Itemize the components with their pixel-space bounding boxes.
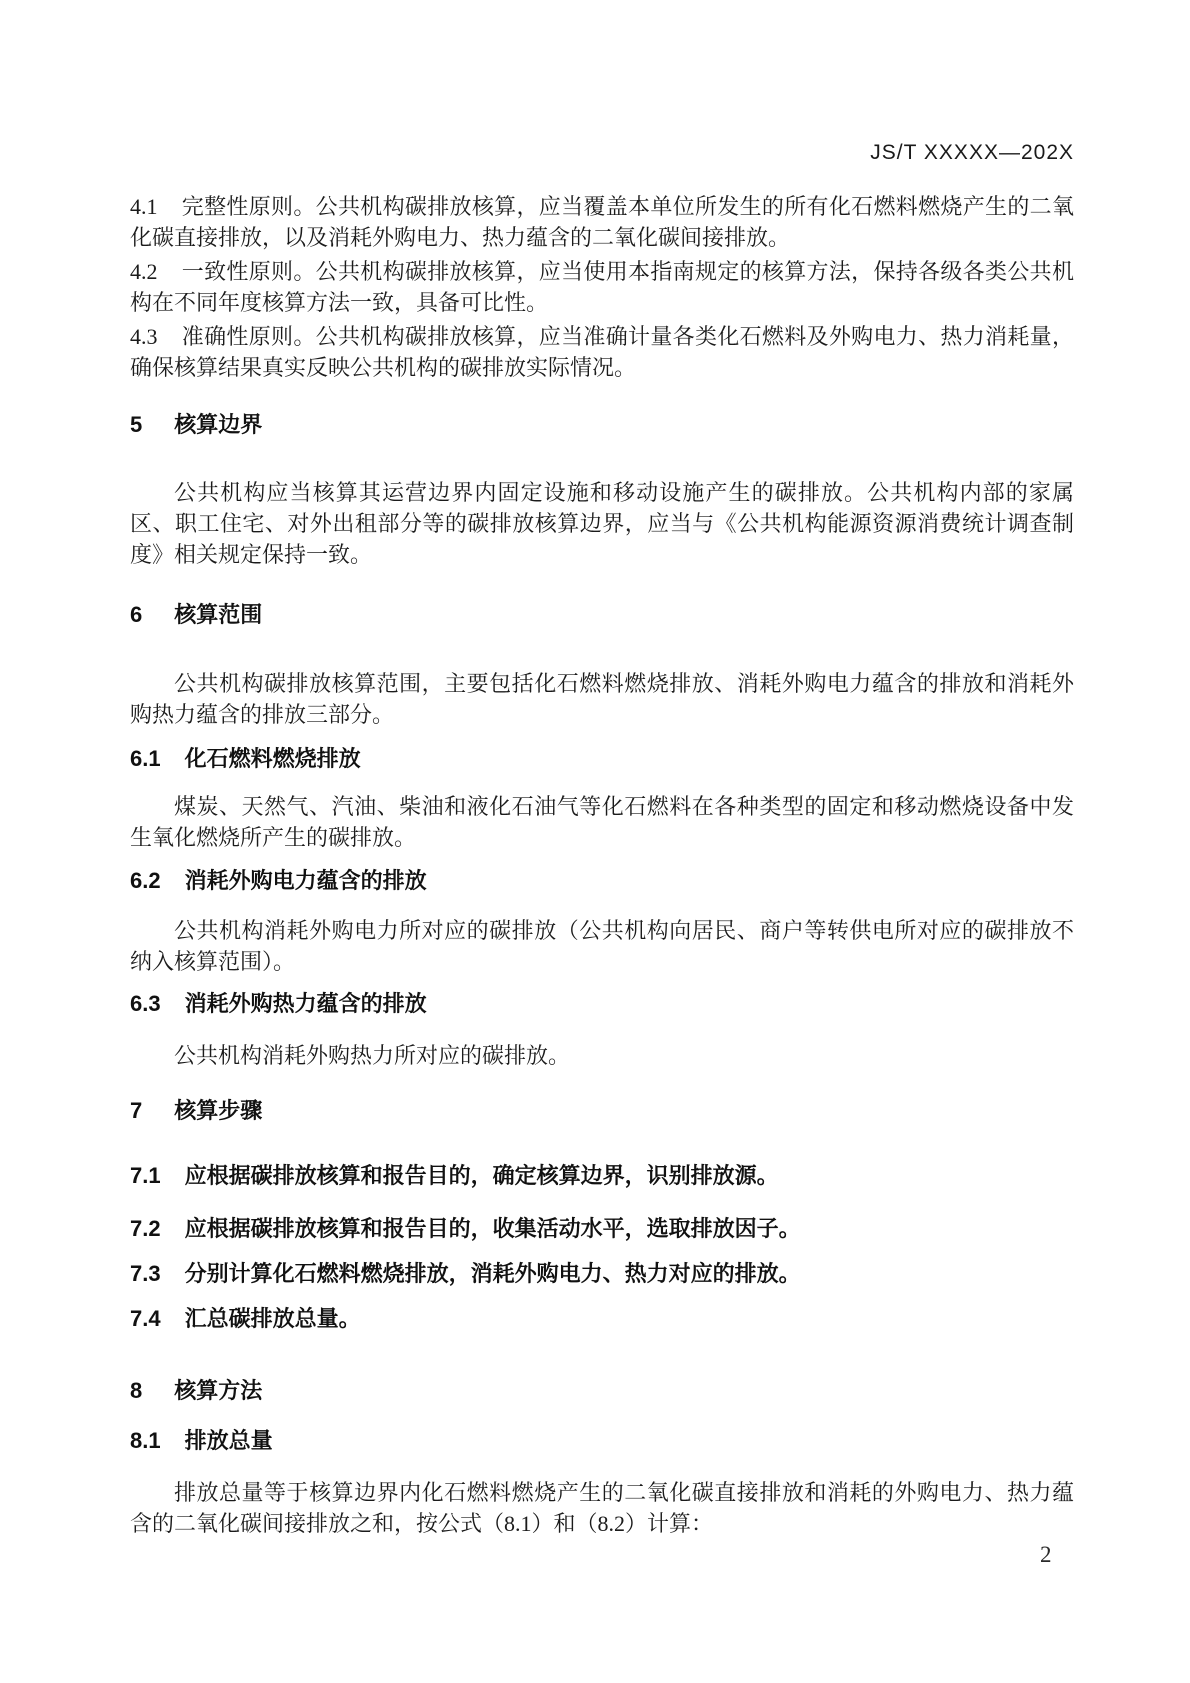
clause-4-3: 4.3准确性原则。公共机构碳排放核算，应当准确计量各类化石燃料及外购电力、热力消… bbox=[130, 321, 1074, 383]
step-7-2: 7.2应根据碳排放核算和报告目的，收集活动水平，选取排放因子。 bbox=[130, 1213, 1074, 1244]
step-text: 汇总碳排放总量。 bbox=[185, 1306, 361, 1331]
subsection-title: 排放总量 bbox=[185, 1428, 273, 1453]
step-text: 应根据碳排放核算和报告目的，确定核算边界，识别排放源。 bbox=[185, 1163, 779, 1188]
subsection-number: 6.1 bbox=[130, 746, 161, 771]
subsection-6-2-paragraph: 公共机构消耗外购电力所对应的碳排放（公共机构向居民、商户等转供电所对应的碳排放不… bbox=[130, 915, 1074, 977]
standard-code: JS/T XXXXX—202X bbox=[870, 141, 1074, 164]
clause-4-1: 4.1完整性原则。公共机构碳排放核算，应当覆盖本单位所发生的所有化石燃料燃烧产生… bbox=[130, 191, 1074, 253]
section-5-paragraph: 公共机构应当核算其运营边界内固定设施和移动设施产生的碳排放。公共机构内部的家属区… bbox=[130, 477, 1074, 570]
section-number: 5 bbox=[130, 412, 142, 437]
section-6-heading: 6核算范围 bbox=[130, 602, 1074, 628]
section-number: 7 bbox=[130, 1098, 142, 1123]
step-7-1: 7.1应根据碳排放核算和报告目的，确定核算边界，识别排放源。 bbox=[130, 1160, 1074, 1191]
step-number: 7.3 bbox=[130, 1261, 161, 1286]
step-text: 分别计算化石燃料燃烧排放，消耗外购电力、热力对应的排放。 bbox=[185, 1261, 801, 1286]
section-title: 核算边界 bbox=[174, 412, 262, 437]
section-title: 核算范围 bbox=[174, 602, 262, 627]
section-6-paragraph: 公共机构碳排放核算范围，主要包括化石燃料燃烧排放、消耗外购电力蕴含的排放和消耗外… bbox=[130, 668, 1074, 730]
subsection-8-1-paragraph: 排放总量等于核算边界内化石燃料燃烧产生的二氧化碳直接排放和消耗的外购电力、热力蕴… bbox=[130, 1477, 1074, 1539]
subsection-number: 6.3 bbox=[130, 991, 161, 1016]
clause-4-2: 4.2一致性原则。公共机构碳排放核算，应当使用本指南规定的核算方法，保持各级各类… bbox=[130, 256, 1074, 318]
subsection-number: 8.1 bbox=[130, 1428, 161, 1453]
section-number: 6 bbox=[130, 602, 142, 627]
step-text: 应根据碳排放核算和报告目的，收集活动水平，选取排放因子。 bbox=[185, 1216, 801, 1241]
clause-number: 4.1 bbox=[130, 194, 158, 219]
page-header: JS/T XXXXX—202X bbox=[130, 141, 1074, 165]
subsection-title: 消耗外购热力蕴含的排放 bbox=[185, 991, 427, 1016]
section-title: 核算步骤 bbox=[174, 1098, 262, 1123]
subsection-title: 消耗外购电力蕴含的排放 bbox=[185, 868, 427, 893]
subsection-number: 6.2 bbox=[130, 868, 161, 893]
clause-text: 一致性原则。公共机构碳排放核算，应当使用本指南规定的核算方法，保持各级各类公共机… bbox=[130, 259, 1074, 315]
subsection-6-1-paragraph: 煤炭、天然气、汽油、柴油和液化石油气等化石燃料在各种类型的固定和移动燃烧设备中发… bbox=[130, 791, 1074, 853]
section-title: 核算方法 bbox=[174, 1378, 262, 1403]
step-7-3: 7.3分别计算化石燃料燃烧排放，消耗外购电力、热力对应的排放。 bbox=[130, 1258, 1074, 1289]
step-number: 7.4 bbox=[130, 1306, 161, 1331]
clause-number: 4.2 bbox=[130, 259, 158, 284]
page-number: 2 bbox=[1040, 1541, 1052, 1569]
section-8-heading: 8核算方法 bbox=[130, 1378, 1074, 1404]
clause-number: 4.3 bbox=[130, 324, 158, 349]
document-page: JS/T XXXXX—202X 4.1完整性原则。公共机构碳排放核算，应当覆盖本… bbox=[0, 0, 1190, 1683]
subsection-6-1-heading: 6.1化石燃料燃烧排放 bbox=[130, 746, 1074, 772]
subsection-8-1-heading: 8.1排放总量 bbox=[130, 1428, 1074, 1454]
step-number: 7.1 bbox=[130, 1163, 161, 1188]
subsection-6-3-paragraph: 公共机构消耗外购热力所对应的碳排放。 bbox=[130, 1040, 1074, 1071]
clause-text: 完整性原则。公共机构碳排放核算，应当覆盖本单位所发生的所有化石燃料燃烧产生的二氧… bbox=[130, 194, 1074, 250]
subsection-title: 化石燃料燃烧排放 bbox=[185, 746, 361, 771]
clause-text: 准确性原则。公共机构碳排放核算，应当准确计量各类化石燃料及外购电力、热力消耗量，… bbox=[130, 324, 1074, 380]
step-number: 7.2 bbox=[130, 1216, 161, 1241]
step-7-4: 7.4汇总碳排放总量。 bbox=[130, 1303, 1074, 1334]
section-7-heading: 7核算步骤 bbox=[130, 1098, 1074, 1124]
subsection-6-3-heading: 6.3消耗外购热力蕴含的排放 bbox=[130, 991, 1074, 1017]
section-number: 8 bbox=[130, 1378, 142, 1403]
subsection-6-2-heading: 6.2消耗外购电力蕴含的排放 bbox=[130, 868, 1074, 894]
section-5-heading: 5核算边界 bbox=[130, 412, 1074, 438]
